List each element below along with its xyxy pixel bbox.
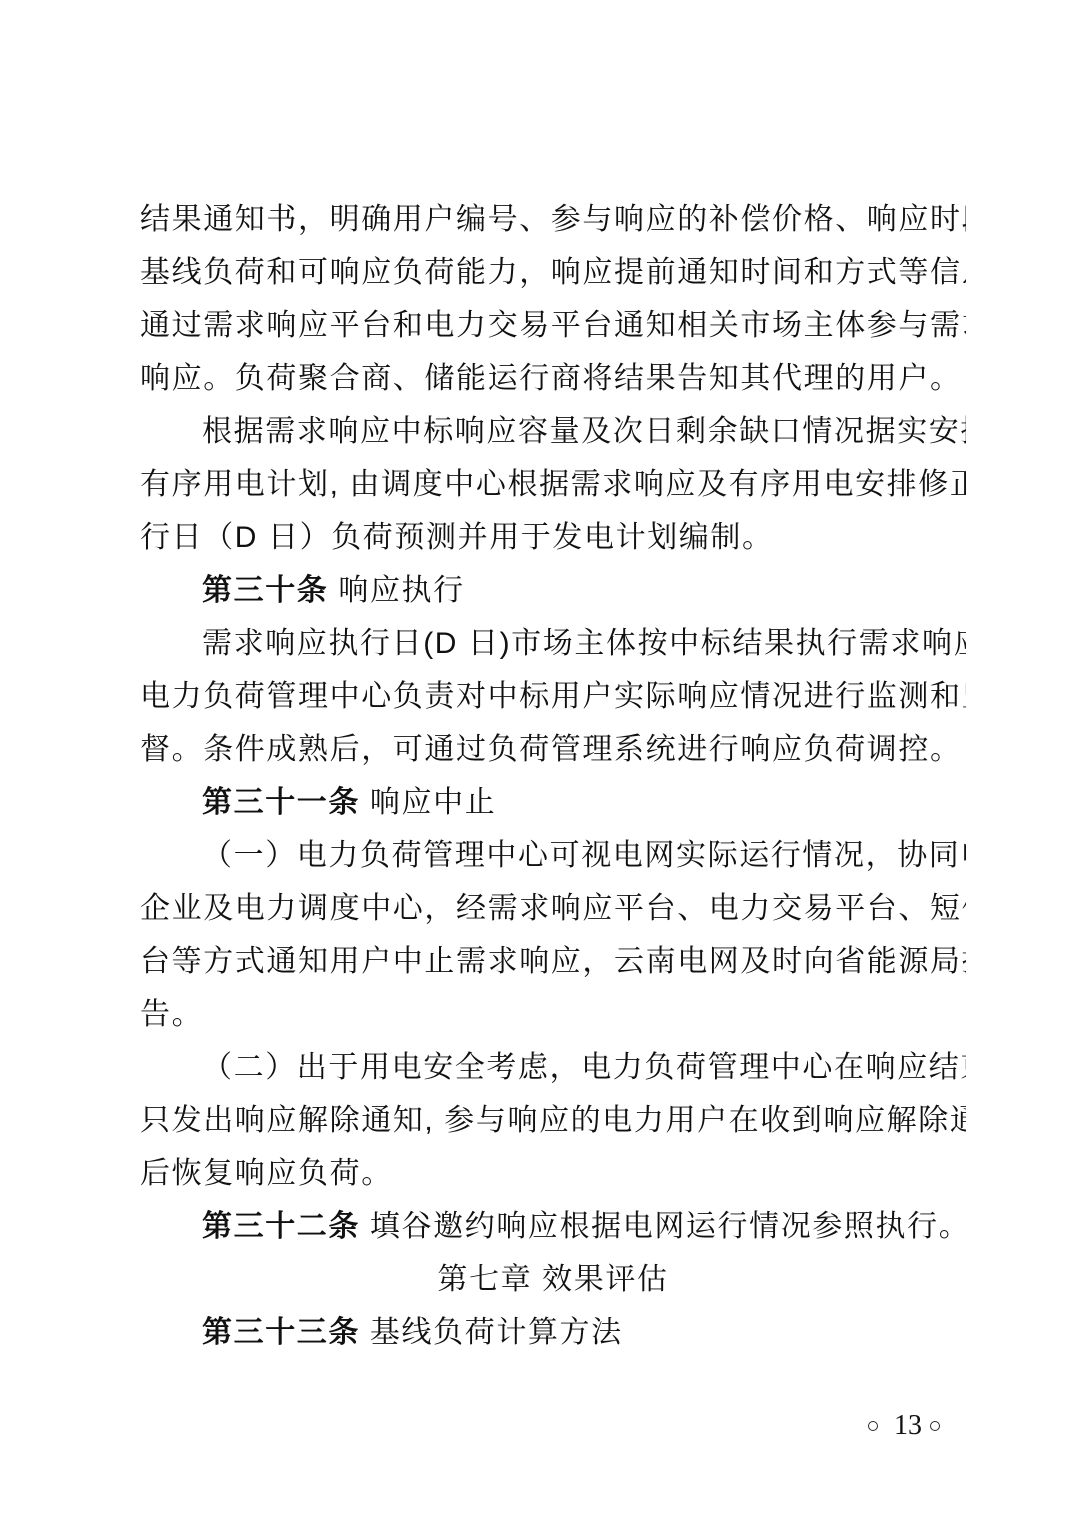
text-line: 企业及电力调度中心，经需求响应平台、电力交易平台、短信平 [140, 882, 966, 935]
line-text: （一）电力负荷管理中心可视电网实际运行情况，协同电网 [202, 839, 966, 872]
line-text: 行日（D 日）负荷预测并用于发电计划编制。 [140, 521, 774, 554]
line-text: 响应中止 [360, 786, 496, 819]
text-line: 后恢复响应负荷。 [140, 1147, 966, 1200]
text-line: 结果通知书，明确用户编号、参与响应的补偿价格、响应时段、 [140, 193, 966, 246]
line-text: 通过需求响应平台和电力交易平台通知相关市场主体参与需求 [140, 309, 966, 342]
line-text: 根据需求响应中标响应容量及次日剩余缺口情况据实安排 [202, 415, 966, 448]
article-line: 第三十三条 基线负荷计算方法 [140, 1306, 966, 1359]
text-line: 电力负荷管理中心负责对中标用户实际响应情况进行监测和监 [140, 670, 966, 723]
line-text: 需求响应执行日(D 日)市场主体按中标结果执行需求响应。 [202, 627, 966, 660]
page-footer: 13 [0, 1408, 940, 1444]
line-text: 只发出响应解除通知, 参与响应的电力用户在收到响应解除通知 [140, 1104, 966, 1137]
text-line: 告。 [140, 988, 966, 1041]
text-line: 响应。负荷聚合商、储能运行商将结果告知其代理的用户。 [140, 352, 966, 405]
article-number: 第三十条 [202, 574, 328, 607]
line-text: 台等方式通知用户中止需求响应，云南电网及时向省能源局报 [140, 945, 966, 978]
line-text: 电力负荷管理中心负责对中标用户实际响应情况进行监测和监 [140, 680, 966, 713]
page-number-ornament-right-icon [930, 1421, 940, 1431]
text-line: 需求响应执行日(D 日)市场主体按中标结果执行需求响应。 [140, 617, 966, 670]
page-number-ornament-left-icon [868, 1421, 878, 1431]
article-line: 第三十条 响应执行 [140, 564, 966, 617]
line-text: 告。 [140, 998, 203, 1031]
text-line: 基线负荷和可响应负荷能力，响应提前通知时间和方式等信息， [140, 246, 966, 299]
line-text: 结果通知书，明确用户编号、参与响应的补偿价格、响应时段、 [140, 203, 966, 236]
text-line: 台等方式通知用户中止需求响应，云南电网及时向省能源局报 [140, 935, 966, 988]
line-text: 后恢复响应负荷。 [140, 1157, 393, 1190]
chapter-heading: 第七章 效果评估 [140, 1253, 966, 1306]
line-text: 有序用电计划, 由调度中心根据需求响应及有序用电安排修正执 [140, 468, 966, 501]
line-text: 响应执行 [328, 574, 464, 607]
article-line: 第三十二条 填谷邀约响应根据电网运行情况参照执行。 [140, 1200, 966, 1253]
line-text: 督。条件成熟后，可通过负荷管理系统进行响应负荷调控。 [140, 733, 962, 766]
text-line: 只发出响应解除通知, 参与响应的电力用户在收到响应解除通知 [140, 1094, 966, 1147]
page-number: 13 [894, 1408, 922, 1444]
text-line: 通过需求响应平台和电力交易平台通知相关市场主体参与需求 [140, 299, 966, 352]
line-text: 基线负荷计算方法 [360, 1316, 623, 1349]
article-number: 第三十一条 [202, 786, 360, 819]
line-text: （二）出于用电安全考虑，电力负荷管理中心在响应结束后 [202, 1051, 966, 1084]
text-line: 有序用电计划, 由调度中心根据需求响应及有序用电安排修正执 [140, 458, 966, 511]
text-line: 督。条件成熟后，可通过负荷管理系统进行响应负荷调控。 [140, 723, 966, 776]
article-line: 第三十一条 响应中止 [140, 776, 966, 829]
text-line: （二）出于用电安全考虑，电力负荷管理中心在响应结束后 [140, 1041, 966, 1094]
document-body: 结果通知书，明确用户编号、参与响应的补偿价格、响应时段、基线负荷和可响应负荷能力… [140, 193, 966, 1359]
article-number: 第三十二条 [202, 1210, 360, 1243]
text-line: 行日（D 日）负荷预测并用于发电计划编制。 [140, 511, 966, 564]
line-text: 基线负荷和可响应负荷能力，响应提前通知时间和方式等信息， [140, 256, 966, 289]
article-number: 第三十三条 [202, 1316, 360, 1349]
line-text: 企业及电力调度中心，经需求响应平台、电力交易平台、短信平 [140, 892, 966, 925]
line-text: 填谷邀约响应根据电网运行情况参照执行。 [360, 1210, 966, 1243]
text-line: （一）电力负荷管理中心可视电网实际运行情况，协同电网 [140, 829, 966, 882]
document-page: 结果通知书，明确用户编号、参与响应的补偿价格、响应时段、基线负荷和可响应负荷能力… [0, 0, 1080, 1527]
line-text: 第七章 效果评估 [437, 1263, 668, 1296]
line-text: 响应。负荷聚合商、储能运行商将结果告知其代理的用户。 [140, 362, 962, 395]
text-line: 根据需求响应中标响应容量及次日剩余缺口情况据实安排 [140, 405, 966, 458]
